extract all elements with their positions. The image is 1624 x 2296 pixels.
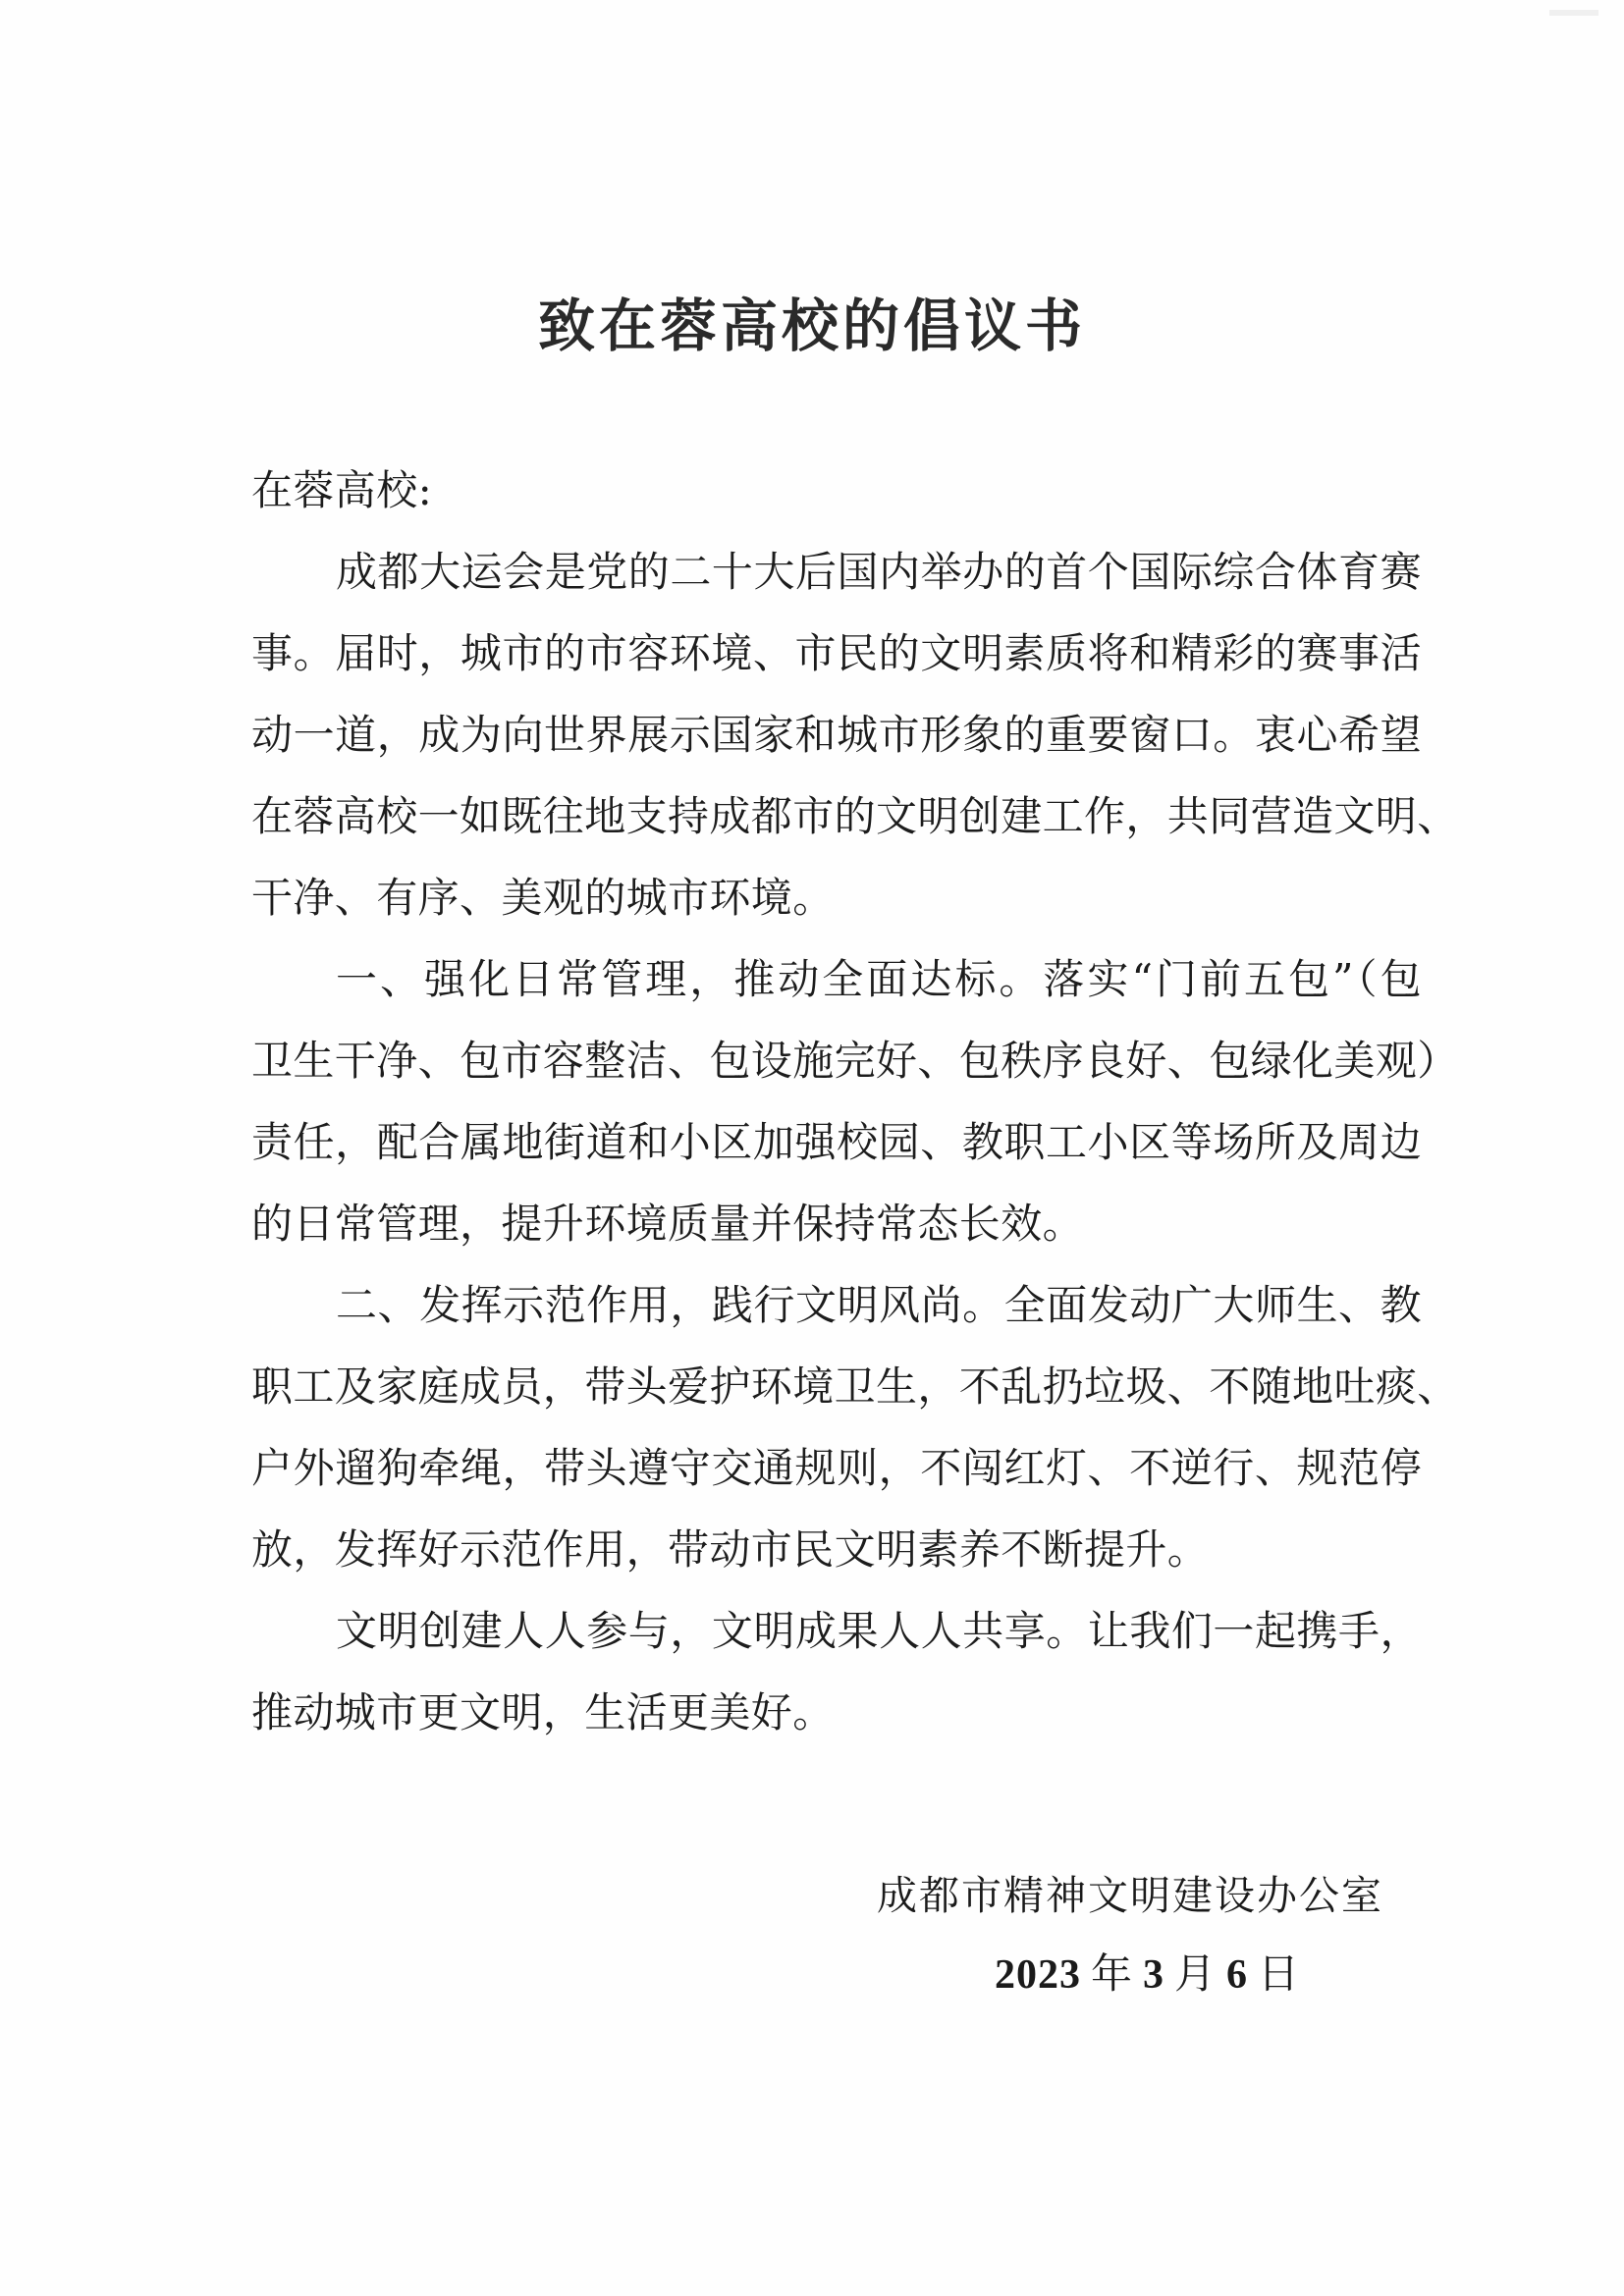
- date-year: 2023: [995, 1952, 1081, 1998]
- date-month: 3: [1143, 1952, 1164, 1998]
- paragraph-line: 责任，配合属地街道和小区加强校园、教职工小区等场所及周边: [251, 1115, 1422, 1197]
- paragraph-line: 户外遛狗牵绳，带头遵守交通规则，不闯红灯、不逆行、规范停: [251, 1441, 1422, 1522]
- date-day-unit: 日: [1248, 1949, 1310, 1998]
- paragraph-line: 放，发挥好示范作用，带动市民文明素养不断提升。: [251, 1522, 1422, 1604]
- paragraph-line: 文明创建人人参与，文明成果人人共享。让我们一起携手，: [251, 1604, 1422, 1685]
- paragraph-section-one: 一、强化日常管理，推动全面达标。落实“门前五包”（包 卫生干净、包市容整洁、包设…: [251, 952, 1422, 1278]
- document-page: 致在蓉高校的倡议书 在蓉高校: 成都大运会是党的二十大后国内举办的首个国际综合体…: [0, 0, 1624, 2296]
- paragraph-closing: 文明创建人人参与，文明成果人人共享。让我们一起携手， 推动城市更文明，生活更美好…: [251, 1604, 1422, 1767]
- signature-organization: 成都市精神文明建设办公室: [877, 1863, 1383, 1921]
- paragraph-section-two: 二、发挥示范作用，践行文明风尚。全面发动广大师生、教 职工及家庭成员，带头爱护环…: [251, 1278, 1422, 1604]
- signature-date: 2023年3月6日: [995, 1942, 1310, 2001]
- paragraph-line: 二、发挥示范作用，践行文明风尚。全面发动广大师生、教: [251, 1278, 1422, 1360]
- paragraph-line: 卫生干净、包市容整洁、包设施完好、包秩序良好、包绿化美观）: [251, 1034, 1422, 1115]
- paragraph-line: 在蓉高校一如既往地支持成都市的文明创建工作，共同营造文明、: [251, 789, 1422, 871]
- date-month-unit: 月: [1164, 1949, 1226, 1998]
- paragraph-line: 一、强化日常管理，推动全面达标。落实“门前五包”（包: [251, 952, 1422, 1034]
- date-day: 6: [1226, 1952, 1248, 1998]
- paragraph-line: 动一道，成为向世界展示国家和城市形象的重要窗口。衷心希望: [251, 708, 1422, 789]
- paragraph-intro: 成都大运会是党的二十大后国内举办的首个国际综合体育赛 事。届时，城市的市容环境、…: [251, 545, 1422, 952]
- scan-artifact: [1549, 10, 1598, 16]
- document-body: 在蓉高校: 成都大运会是党的二十大后国内举办的首个国际综合体育赛 事。届时，城市…: [251, 463, 1422, 1767]
- paragraph-line: 干净、有序、美观的城市环境。: [251, 871, 1422, 952]
- paragraph-line: 推动城市更文明，生活更美好。: [251, 1685, 1422, 1767]
- paragraph-line: 成都大运会是党的二十大后国内举办的首个国际综合体育赛: [251, 545, 1422, 626]
- paragraph-line: 事。届时，城市的市容环境、市民的文明素质将和精彩的赛事活: [251, 626, 1422, 708]
- document-title: 致在蓉高校的倡议书: [0, 280, 1624, 362]
- salutation: 在蓉高校:: [251, 463, 1422, 545]
- paragraph-line: 职工及家庭成员，带头爱护环境卫生，不乱扔垃圾、不随地吐痰、: [251, 1360, 1422, 1441]
- paragraph-line: 的日常管理，提升环境质量并保持常态长效。: [251, 1197, 1422, 1278]
- date-year-unit: 年: [1081, 1949, 1143, 1998]
